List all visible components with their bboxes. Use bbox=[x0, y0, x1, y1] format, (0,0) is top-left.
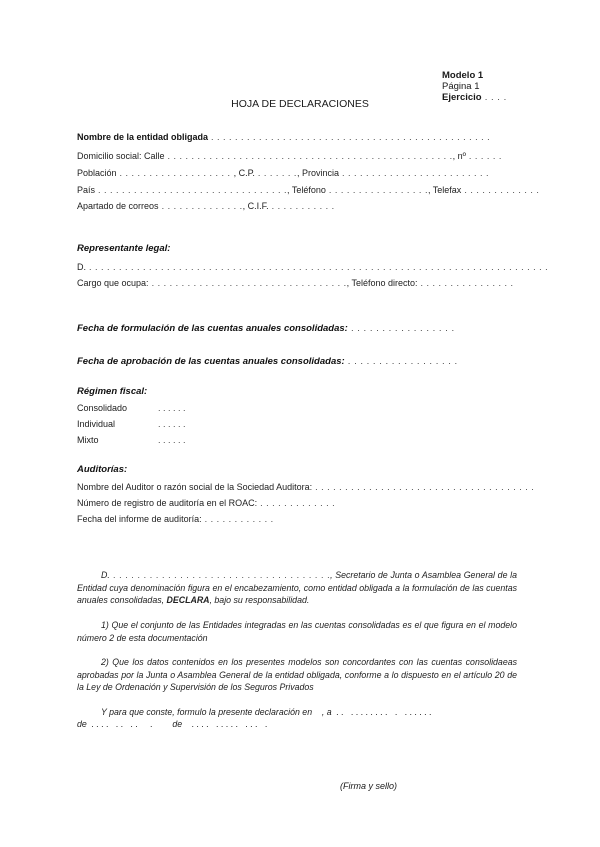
representante-heading: Representante legal: bbox=[77, 243, 170, 254]
fecha-formulacion-row: Fecha de formulación de las cuentas anua… bbox=[77, 323, 455, 334]
fecha-aprobacion-row: Fecha de aprobación de las cuentas anual… bbox=[77, 356, 458, 367]
domicilio-value[interactable]: . . . . . . . . . . . . . . . . . . . . … bbox=[165, 151, 453, 161]
declaracion-paragraph: D. . . . . . . . . . . . . . . . . . . .… bbox=[77, 569, 517, 607]
fecha-formulacion-label: Fecha de formulación de las cuentas anua… bbox=[77, 323, 348, 334]
firma-sello-label: (Firma y sello) bbox=[340, 781, 397, 791]
representante-d-label: D. bbox=[77, 262, 86, 272]
auditor-nombre-value[interactable]: . . . . . . . . . . . . . . . . . . . . … bbox=[312, 482, 534, 492]
regimen-individual-value[interactable]: . . . . . . bbox=[158, 419, 186, 429]
telefax-value[interactable]: . . . . . . . . . . . . . bbox=[461, 185, 539, 195]
roac-value[interactable]: . . . . . . . . . . . . . bbox=[257, 498, 335, 508]
auditorias-heading: Auditorías: bbox=[77, 464, 127, 475]
regimen-consolidado-label: Consolidado bbox=[77, 403, 127, 413]
conste-line-2: de . . . . . . . . . de . . . . . . . . … bbox=[77, 718, 517, 731]
auditor-nombre-label: Nombre del Auditor o razón social de la … bbox=[77, 482, 312, 492]
cargo-label: Cargo que ocupa: bbox=[77, 278, 149, 288]
numero-value[interactable]: . . . . . . bbox=[466, 151, 502, 161]
pais-label: País bbox=[77, 185, 95, 195]
apartado-value[interactable]: . . . . . . . . . . . . . . bbox=[159, 201, 243, 211]
roac-label: Número de registro de auditoría en el RO… bbox=[77, 498, 257, 508]
telefono-label: , Teléfono bbox=[287, 185, 326, 195]
conste-line-2-text[interactable]: de . . . . . . . . . de . . . . . . . . … bbox=[77, 719, 268, 729]
nombre-entidad-value[interactable]: . . . . . . . . . . . . . . . . . . . . … bbox=[208, 132, 490, 142]
telefono-value[interactable]: . . . . . . . . . . . . . . . . . bbox=[326, 185, 428, 195]
declaracion-end: , bajo su responsabilidad. bbox=[210, 595, 310, 605]
modelo-label: Modelo 1 bbox=[442, 70, 483, 81]
page-title: HOJA DE DECLARACIONES bbox=[0, 98, 600, 110]
secretario-name-value[interactable]: . . . . . . . . . . . . . . . . . . . . … bbox=[110, 570, 330, 580]
cargo-value[interactable]: . . . . . . . . . . . . . . . . . . . . … bbox=[149, 278, 347, 288]
cif-label: , C.I.F. bbox=[243, 201, 269, 211]
numero-label: , nº bbox=[453, 151, 466, 161]
pais-value[interactable]: . . . . . . . . . . . . . . . . . . . . … bbox=[95, 185, 287, 195]
provincia-value[interactable]: . . . . . . . . . . . . . . . . . . . . … bbox=[339, 168, 489, 178]
domicilio-label: Domicilio social: Calle bbox=[77, 151, 165, 161]
cargo-row: Cargo que ocupa: . . . . . . . . . . . .… bbox=[77, 278, 514, 288]
regimen-individual-label: Individual bbox=[77, 419, 115, 429]
regimen-consolidado-value[interactable]: . . . . . . bbox=[158, 403, 186, 413]
cp-value[interactable]: . . . . . . . bbox=[255, 168, 297, 178]
conste-line-1-text[interactable]: Y para que conste, formulo la presente d… bbox=[101, 707, 432, 717]
provincia-label: , Provincia bbox=[297, 168, 339, 178]
point-2-text: 2) Que los datos contenidos en los prese… bbox=[77, 657, 517, 692]
cif-value[interactable]: . . . . . . . . . . . bbox=[269, 201, 335, 211]
fecha-informe-row: Fecha del informe de auditoría: . . . . … bbox=[77, 514, 274, 524]
apartado-label: Apartado de correos bbox=[77, 201, 159, 211]
auditor-nombre-row: Nombre del Auditor o razón social de la … bbox=[77, 482, 534, 492]
apartado-row: Apartado de correos . . . . . . . . . . … bbox=[77, 201, 335, 211]
cp-label: , C.P. bbox=[234, 168, 255, 178]
point-1-text: 1) Que el conjunto de las Entidades inte… bbox=[77, 620, 517, 643]
pagina-label: Página 1 bbox=[442, 81, 480, 92]
telefax-label: , Telefax bbox=[428, 185, 461, 195]
declara-label: DECLARA bbox=[167, 595, 210, 605]
fecha-informe-label: Fecha del informe de auditoría: bbox=[77, 514, 202, 524]
regimen-heading: Régimen fiscal: bbox=[77, 386, 147, 397]
declaracion-point-2: 2) Que los datos contenidos en los prese… bbox=[77, 656, 517, 694]
poblacion-label: Población bbox=[77, 168, 117, 178]
telefono-directo-label: , Teléfono directo: bbox=[347, 278, 418, 288]
fecha-aprobacion-label: Fecha de aprobación de las cuentas anual… bbox=[77, 356, 345, 367]
telefono-directo-value[interactable]: . . . . . . . . . . . . . . . . bbox=[418, 278, 514, 288]
fecha-aprobacion-value[interactable]: . . . . . . . . . . . . . . . . . . bbox=[345, 356, 458, 367]
fecha-informe-value[interactable]: . . . . . . . . . . . . bbox=[202, 514, 274, 524]
domicilio-row: Domicilio social: Calle . . . . . . . . … bbox=[77, 151, 502, 161]
poblacion-row: Población . . . . . . . . . . . . . . . … bbox=[77, 168, 489, 178]
pais-row: País . . . . . . . . . . . . . . . . . .… bbox=[77, 185, 539, 195]
nombre-entidad-row: Nombre de la entidad obligada . . . . . … bbox=[77, 132, 490, 142]
declaracion-point-1: 1) Que el conjunto de las Entidades inte… bbox=[77, 619, 517, 644]
representante-d-row: D. . . . . . . . . . . . . . . . . . . .… bbox=[77, 262, 548, 272]
regimen-mixto-label: Mixto bbox=[77, 435, 99, 445]
representante-d-value[interactable]: . . . . . . . . . . . . . . . . . . . . … bbox=[86, 262, 548, 272]
poblacion-value[interactable]: . . . . . . . . . . . . . . . . . . . bbox=[117, 168, 234, 178]
roac-row: Número de registro de auditoría en el RO… bbox=[77, 498, 335, 508]
regimen-mixto-value[interactable]: . . . . . . bbox=[158, 435, 186, 445]
declaracion-d-label: D. bbox=[101, 570, 110, 580]
fecha-formulacion-value[interactable]: . . . . . . . . . . . . . . . . . bbox=[348, 323, 455, 334]
conste-line-1: Y para que conste, formulo la presente d… bbox=[77, 706, 517, 719]
nombre-entidad-label: Nombre de la entidad obligada bbox=[77, 132, 208, 142]
